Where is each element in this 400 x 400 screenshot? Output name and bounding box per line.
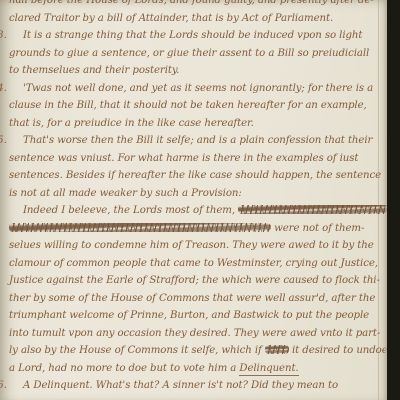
manuscript-text: 'Twas not well done, and yet as it seems… — [23, 83, 373, 94]
scribble-strikeout — [265, 345, 289, 354]
manuscript-line: Indeed I beleeve, the Lords most of them… — [0, 202, 387, 220]
manuscript-line: 5.That's worse then the Bill it selfe; a… — [0, 132, 387, 150]
manuscript-photo: hall before the House of Lords, and foun… — [0, 0, 400, 400]
manuscript-text-block: hall before the House of Lords, and foun… — [0, 0, 387, 395]
manuscript-text: to themselues and their posterity. — [9, 65, 179, 76]
underlined-word: Delinquent. — [239, 363, 298, 376]
manuscript-text: clamour of common people that came to We… — [9, 258, 378, 269]
manuscript-line: Justice against the Earle of Strafford; … — [0, 272, 387, 290]
manuscript-line: ly also by the House of Commons it selfe… — [0, 342, 387, 360]
manuscript-line: to themselues and their posterity. — [0, 62, 387, 80]
manuscript-text: a Lord, had no more to doe but to vote h… — [9, 363, 239, 374]
manuscript-text: into tumult vpon any occasion they desir… — [9, 328, 380, 339]
manuscript-text: triumphant welcome of Prinne, Burton, an… — [9, 310, 369, 321]
manuscript-text: It is a strange thing that the Lords sho… — [23, 30, 362, 41]
manuscript-text: is not at all made weaker by such a Prov… — [9, 188, 242, 199]
manuscript-text: sentences. Besides if hereafter the like… — [9, 170, 381, 181]
paragraph-number: 5. — [0, 132, 7, 150]
manuscript-line: were not of them- — [0, 220, 387, 238]
manuscript-line: ther by some of the House of Commons tha… — [0, 290, 387, 308]
manuscript-text: ther by some of the House of Commons tha… — [9, 293, 375, 304]
manuscript-line: sentences. Besides if hereafter the like… — [0, 167, 387, 185]
scribble-strikeout — [238, 205, 387, 214]
manuscript-text: ly also by the House of Commons it selfe… — [9, 345, 265, 356]
manuscript-text: it desired to undoe — [289, 345, 387, 356]
manuscript-text: clared Traitor by a bill of Attainder, t… — [9, 13, 333, 24]
manuscript-text: clause in the Bill, that it should not b… — [9, 100, 367, 111]
paragraph-number: 6. — [0, 377, 7, 395]
manuscript-line: into tumult vpon any occasion they desir… — [0, 325, 387, 343]
scribble-strikeout — [9, 223, 271, 232]
manuscript-line: a Lord, had no more to doe but to vote h… — [0, 360, 387, 378]
manuscript-text: Justice against the Earle of Strafford; … — [9, 275, 380, 286]
manuscript-line: that is, for a preiudice in the like cas… — [0, 115, 387, 133]
paragraph-number: 4. — [0, 80, 7, 98]
manuscript-text: Indeed I beleeve, the Lords most of them… — [23, 205, 238, 216]
manuscript-line: triumphant welcome of Prinne, Burton, an… — [0, 307, 387, 325]
manuscript-line: hall before the House of Lords, and foun… — [0, 0, 387, 10]
manuscript-line: grounds to giue a sentence, or giue thei… — [0, 45, 387, 63]
manuscript-text: hall before the House of Lords, and foun… — [9, 0, 374, 6]
manuscript-line: 4.'Twas not well done, and yet as it see… — [0, 80, 387, 98]
manuscript-line: is not at all made weaker by such a Prov… — [0, 185, 387, 203]
manuscript-line: clamour of common people that came to We… — [0, 255, 387, 273]
manuscript-line: 6.A Delinquent. What's that? A sinner is… — [0, 377, 387, 395]
manuscript-line: sentence was vniust. For what harme is t… — [0, 150, 387, 168]
manuscript-text: selues willing to condemne him of Treaso… — [9, 240, 374, 251]
manuscript-text: A Delinquent. What's that? A sinner is't… — [23, 380, 338, 391]
manuscript-text: that is, for a preiudice in the like cas… — [9, 118, 254, 129]
paragraph-number: 3. — [0, 27, 7, 45]
manuscript-text: grounds to giue a sentence, or giue thei… — [9, 48, 369, 59]
manuscript-line: clause in the Bill, that it should not b… — [0, 97, 387, 115]
manuscript-line: clared Traitor by a bill of Attainder, t… — [0, 10, 387, 28]
manuscript-line: 3.It is a strange thing that the Lords s… — [0, 27, 387, 45]
manuscript-text: That's worse then the Bill it selfe; and… — [23, 135, 372, 146]
manuscript-text: sentence was vniust. For what harme is t… — [9, 153, 358, 164]
manuscript-text: were not of them- — [271, 223, 364, 234]
manuscript-line: selues willing to condemne him of Treaso… — [0, 237, 387, 255]
manuscript-page: hall before the House of Lords, and foun… — [0, 0, 387, 400]
